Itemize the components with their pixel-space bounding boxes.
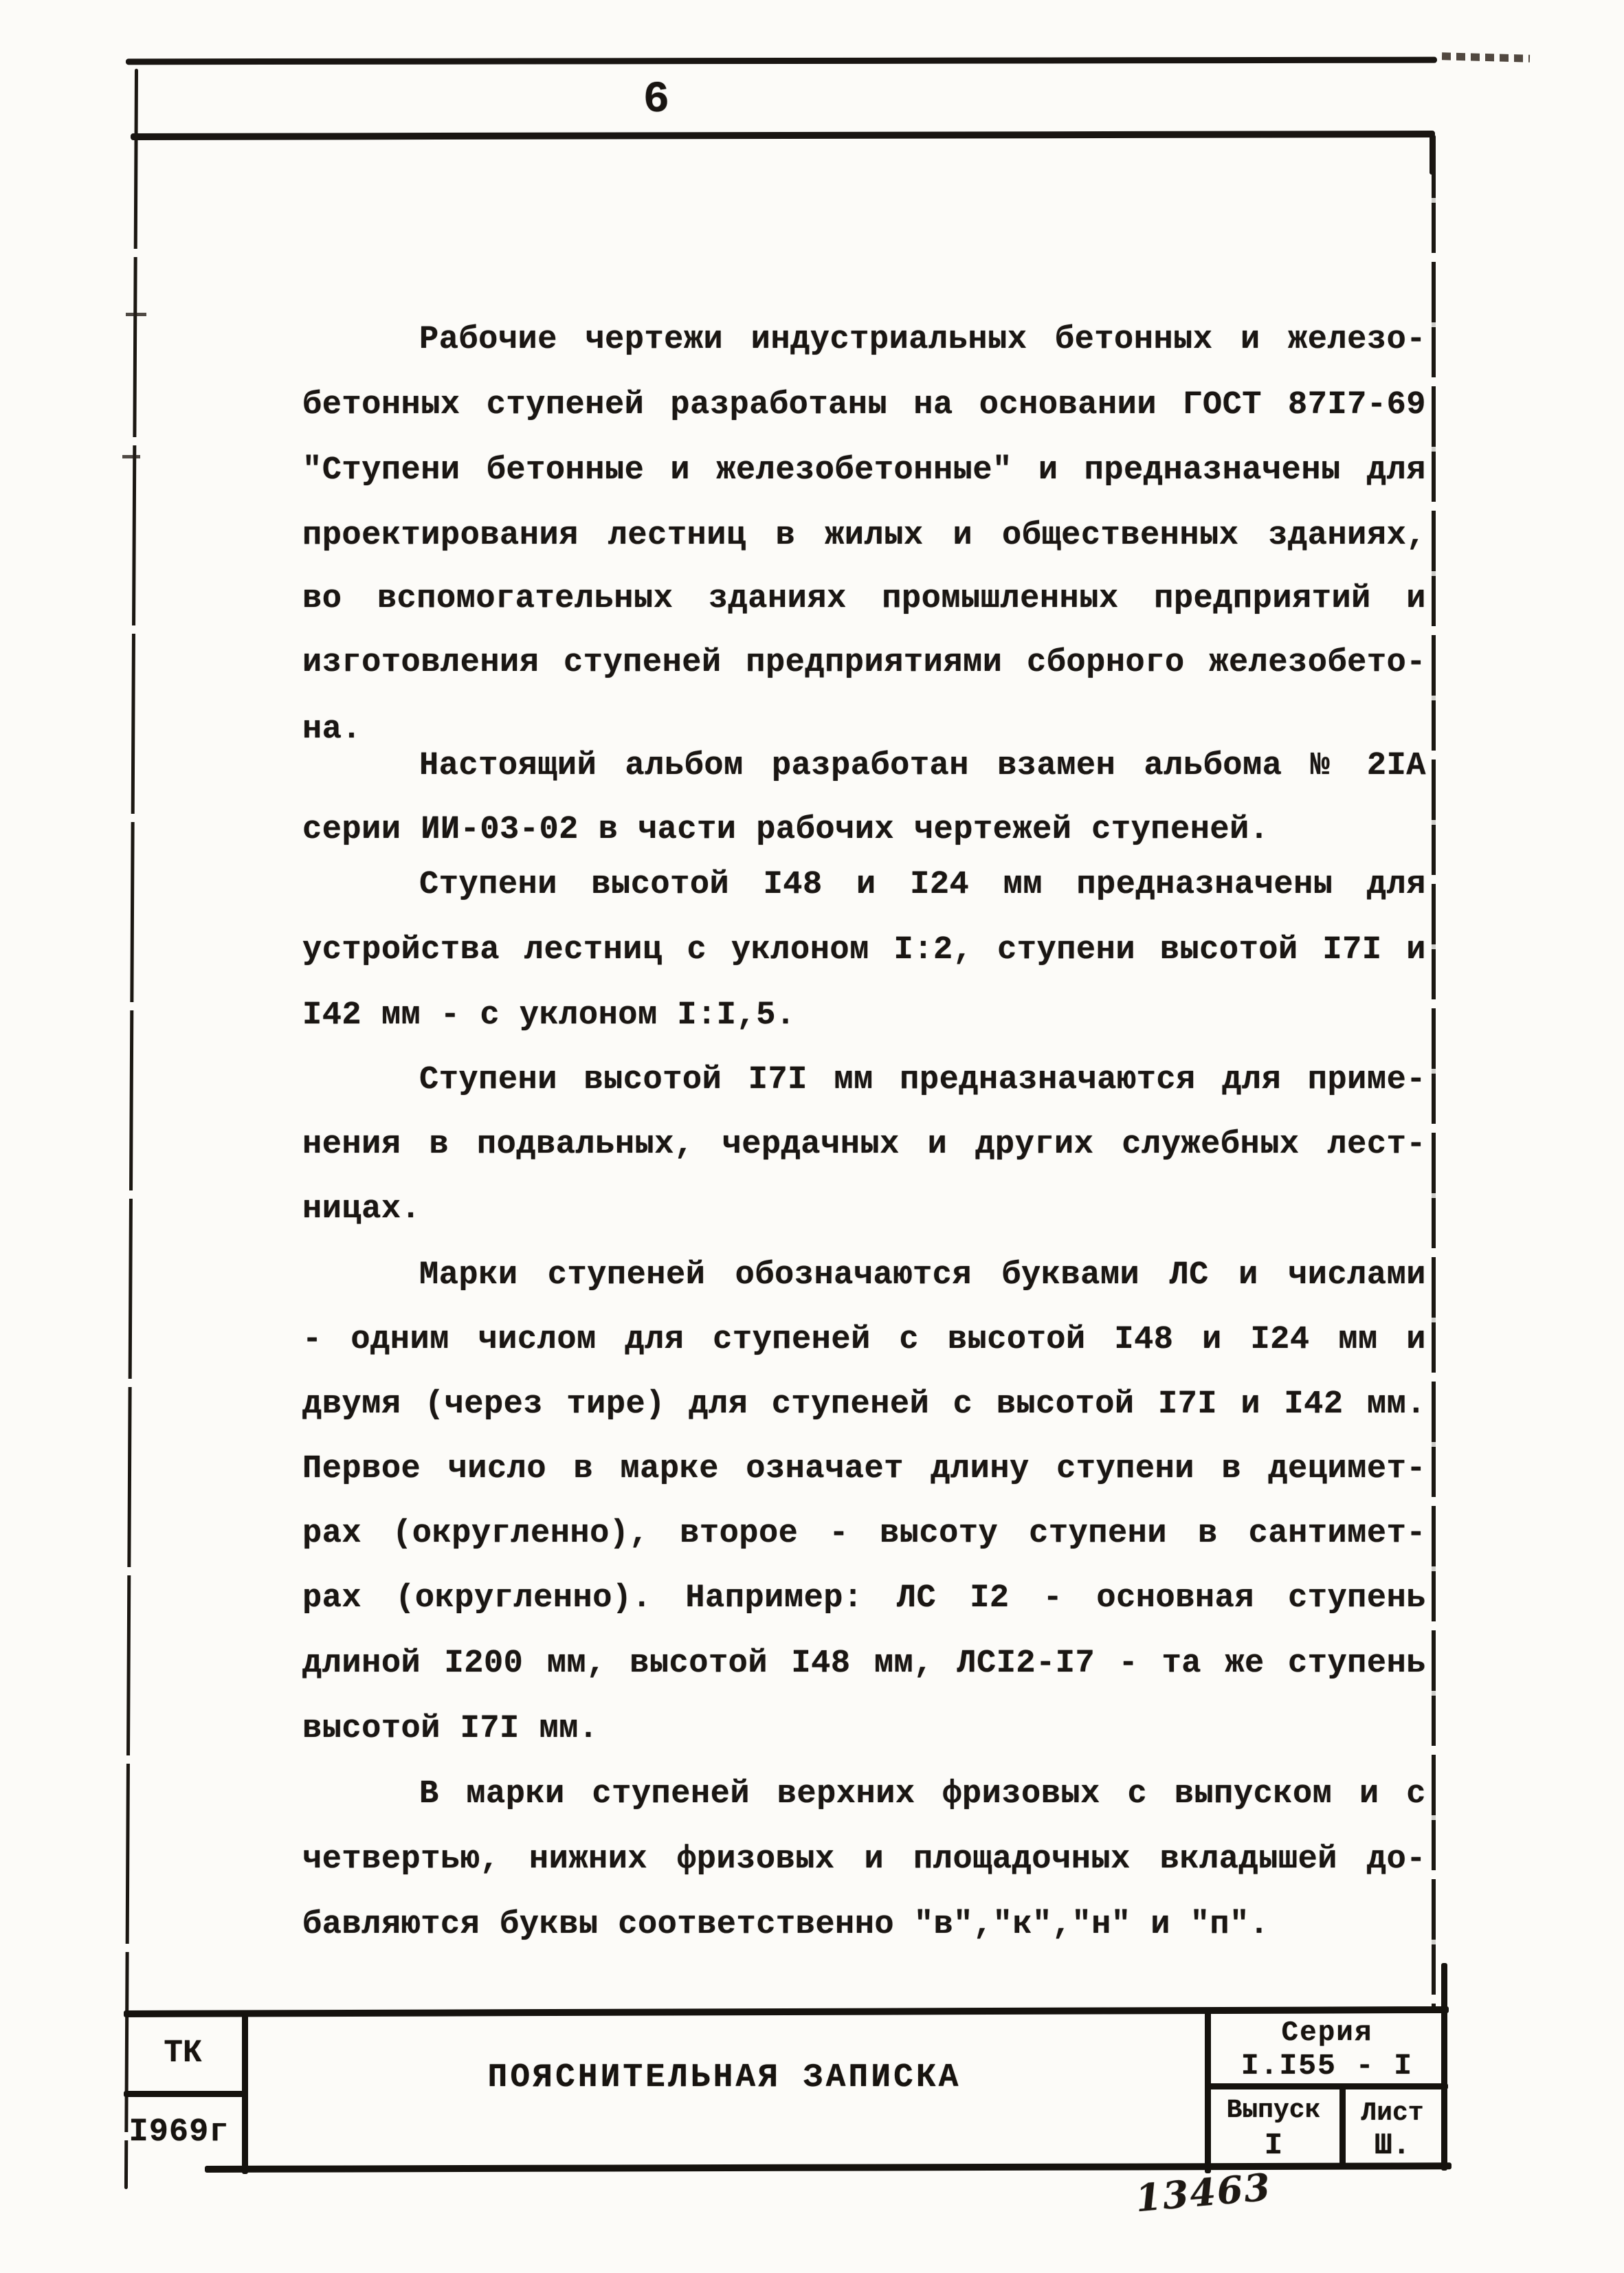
right-border-line	[1432, 137, 1436, 2013]
text-line: проектирования лестниц в жилых и обществ…	[302, 508, 1426, 564]
text-line: длиной I200 мм, высотой I48 мм, ЛСI2-I7 …	[302, 1636, 1426, 1692]
issue-label: Выпуск	[1208, 2094, 1339, 2128]
text-line: бетонных ступеней разработаны на основан…	[302, 377, 1426, 434]
page-number: 6	[622, 71, 691, 129]
text-line: - одним числом для ступеней с высотой I4…	[302, 1312, 1426, 1368]
title-block-divider	[1206, 2083, 1448, 2089]
scanned-document-page: 6 Рабочие чертежи индустриальных бетонны…	[0, 0, 1624, 2273]
text-line: I42 мм - с уклоном I:I,5.	[302, 988, 796, 1044]
scan-artifact-tick	[122, 455, 140, 458]
header-rule	[131, 131, 1435, 140]
text-line: Марки ступеней обозначаются буквами ЛС и…	[419, 1248, 1426, 1304]
sheet-label: Лист	[1342, 2096, 1443, 2131]
handwritten-number: 13463	[1134, 2164, 1302, 2219]
text-line: Ступени высотой I7I мм предназначаются д…	[419, 1052, 1426, 1109]
text-line: рах (округленно). Например: ЛС I2 - осно…	[302, 1571, 1426, 1627]
year-cell: I969г	[109, 2109, 249, 2157]
series-value: I.I55 - I	[1208, 2048, 1447, 2084]
text-line: Ступени высотой I48 и I24 мм предназначе…	[419, 857, 1426, 913]
text-line: рах (округленно), второе - высоту ступен…	[302, 1506, 1426, 1562]
text-line: изготовления ступеней предприятиями сбор…	[302, 635, 1426, 691]
text-line: Первое число в марке означает длину ступ…	[302, 1441, 1426, 1498]
text-line: двумя (через тире) для ступеней с высото…	[302, 1377, 1426, 1433]
text-line: ницах.	[302, 1182, 421, 1238]
text-line: нения в подвальных, чердачных и других с…	[302, 1117, 1426, 1173]
text-line: Настоящий альбом разработан взамен альбо…	[419, 738, 1426, 795]
document-title: ПОЯСНИТЕЛЬНАЯ ЗАПИСКА	[244, 2054, 1205, 2102]
text-line: бавляются буквы соответственно "в","к","…	[302, 1897, 1269, 1953]
title-block-divider	[124, 2091, 247, 2097]
series-label: Серия	[1208, 2016, 1447, 2050]
text-line: В марки ступеней верхних фризовых с выпу…	[419, 1766, 1426, 1823]
top-border-rule	[126, 57, 1437, 65]
text-line: Рабочие чертежи индустриальных бетонных …	[419, 312, 1426, 368]
text-line: серии ИИ-03-02 в части рабочих чертежей …	[302, 802, 1269, 858]
text-line: во вспомогательных зданиях промышленных …	[302, 571, 1426, 628]
text-line: четвертью, нижних фризовых и площадочных…	[302, 1832, 1426, 1888]
sheet-value: Ш.	[1342, 2128, 1443, 2164]
left-border-line	[124, 69, 138, 2189]
issue-value: I	[1208, 2128, 1339, 2164]
text-line: "Ступени бетонные и железобетонные" и пр…	[302, 443, 1426, 499]
text-line: устройства лестниц с уклоном I:2, ступен…	[302, 922, 1426, 979]
scan-artifact-tick	[126, 313, 146, 316]
scan-artifact-smudge	[1442, 52, 1530, 63]
text-line: на.	[302, 702, 361, 758]
org-code-cell: ТК	[124, 2029, 242, 2077]
text-line: высотой I7I мм.	[302, 1701, 599, 1758]
